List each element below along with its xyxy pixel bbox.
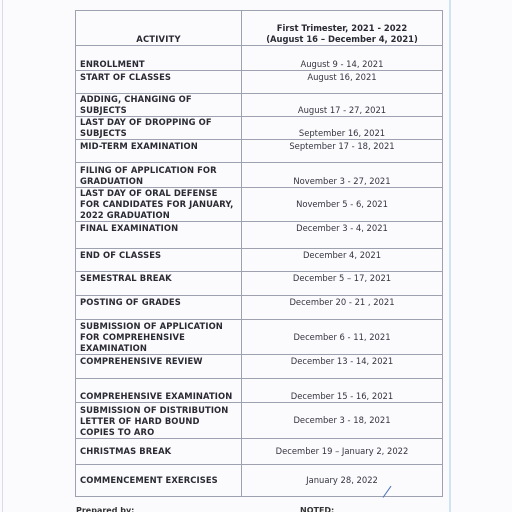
activity-cell: ADDING, CHANGING OF SUBJECTS bbox=[76, 94, 242, 117]
table-row: SUBMISSION OF DISTRIBUTION LETTER OF HAR… bbox=[76, 403, 443, 439]
activity-cell: COMPREHENSIVE REVIEW bbox=[76, 355, 242, 379]
page-edge bbox=[2, 0, 3, 512]
date-cell: January 28, 2022 bbox=[242, 465, 443, 497]
date-cell: September 16, 2021 bbox=[242, 117, 443, 140]
table-row: FILING OF APPLICATION FOR GRADUATIONNove… bbox=[76, 163, 443, 188]
activity-cell: CHRISTMAS BREAK bbox=[76, 439, 242, 465]
activity-cell: ENROLLMENT bbox=[76, 46, 242, 71]
activity-cell: LAST DAY OF ORAL DEFENSE FOR CANDIDATES … bbox=[76, 188, 242, 222]
prepared-by-label: Prepared by: bbox=[76, 506, 134, 512]
date-cell: December 13 - 14, 2021 bbox=[242, 355, 443, 379]
table-row: ADDING, CHANGING OF SUBJECTSAugust 17 - … bbox=[76, 94, 443, 117]
activity-column-header: ACTIVITY bbox=[76, 11, 242, 46]
page-edge bbox=[449, 0, 451, 512]
activity-cell: POSTING OF GRADES bbox=[76, 296, 242, 320]
activity-cell: COMPREHENSIVE EXAMINATION bbox=[76, 379, 242, 403]
date-cell: August 17 - 27, 2021 bbox=[242, 94, 443, 117]
date-cell: December 3 - 18, 2021 bbox=[242, 403, 443, 439]
table-row: SEMESTRAL BREAKDecember 5 – 17, 2021 bbox=[76, 272, 443, 296]
term-range: (August 16 – December 4, 2021) bbox=[246, 34, 438, 45]
table-row: END OF CLASSESDecember 4, 2021 bbox=[76, 249, 443, 272]
date-cell: December 6 - 11, 2021 bbox=[242, 320, 443, 355]
table-row: FINAL EXAMINATIONDecember 3 - 4, 2021 bbox=[76, 222, 443, 249]
table-header-row: ACTIVITY First Trimester, 2021 - 2022 (A… bbox=[76, 11, 443, 46]
academic-calendar-table: ACTIVITY First Trimester, 2021 - 2022 (A… bbox=[75, 10, 443, 497]
table-row: POSTING OF GRADESDecember 20 - 21 , 2021 bbox=[76, 296, 443, 320]
activity-cell: COMMENCEMENT EXERCISES bbox=[76, 465, 242, 497]
activity-cell: SEMESTRAL BREAK bbox=[76, 272, 242, 296]
date-cell: December 4, 2021 bbox=[242, 249, 443, 272]
activity-cell: LAST DAY OF DROPPING OF SUBJECTS bbox=[76, 117, 242, 140]
table-row: MID-TERM EXAMINATIONSeptember 17 - 18, 2… bbox=[76, 140, 443, 163]
date-cell: December 15 - 16, 2021 bbox=[242, 379, 443, 403]
table-row: LAST DAY OF ORAL DEFENSE FOR CANDIDATES … bbox=[76, 188, 443, 222]
term-title: First Trimester, 2021 - 2022 bbox=[246, 23, 438, 34]
date-cell: September 17 - 18, 2021 bbox=[242, 140, 443, 163]
date-cell: December 20 - 21 , 2021 bbox=[242, 296, 443, 320]
table-row: LAST DAY OF DROPPING OF SUBJECTSSeptembe… bbox=[76, 117, 443, 140]
date-cell: December 5 – 17, 2021 bbox=[242, 272, 443, 296]
date-cell: December 3 - 4, 2021 bbox=[242, 222, 443, 249]
activity-cell: SUBMISSION OF APPLICATION FOR COMPREHENS… bbox=[76, 320, 242, 355]
activity-cell: SUBMISSION OF DISTRIBUTION LETTER OF HAR… bbox=[76, 403, 242, 439]
activity-cell: FILING OF APPLICATION FOR GRADUATION bbox=[76, 163, 242, 188]
date-cell: December 19 – January 2, 2022 bbox=[242, 439, 443, 465]
term-column-header: First Trimester, 2021 - 2022 (August 16 … bbox=[242, 11, 443, 46]
date-cell: August 16, 2021 bbox=[242, 71, 443, 94]
activity-cell: START OF CLASSES bbox=[76, 71, 242, 94]
noted-label: NOTED: bbox=[300, 506, 334, 512]
table-row: COMPREHENSIVE EXAMINATIONDecember 15 - 1… bbox=[76, 379, 443, 403]
table-row: COMPREHENSIVE REVIEWDecember 13 - 14, 20… bbox=[76, 355, 443, 379]
table-row: ENROLLMENTAugust 9 - 14, 2021 bbox=[76, 46, 443, 71]
activity-cell: FINAL EXAMINATION bbox=[76, 222, 242, 249]
table-row: START OF CLASSESAugust 16, 2021 bbox=[76, 71, 443, 94]
table-row: CHRISTMAS BREAKDecember 19 – January 2, … bbox=[76, 439, 443, 465]
date-cell: November 5 - 6, 2021 bbox=[242, 188, 443, 222]
activity-cell: END OF CLASSES bbox=[76, 249, 242, 272]
table-row: SUBMISSION OF APPLICATION FOR COMPREHENS… bbox=[76, 320, 443, 355]
activity-cell: MID-TERM EXAMINATION bbox=[76, 140, 242, 163]
date-cell: August 9 - 14, 2021 bbox=[242, 46, 443, 71]
date-cell: November 3 - 27, 2021 bbox=[242, 163, 443, 188]
